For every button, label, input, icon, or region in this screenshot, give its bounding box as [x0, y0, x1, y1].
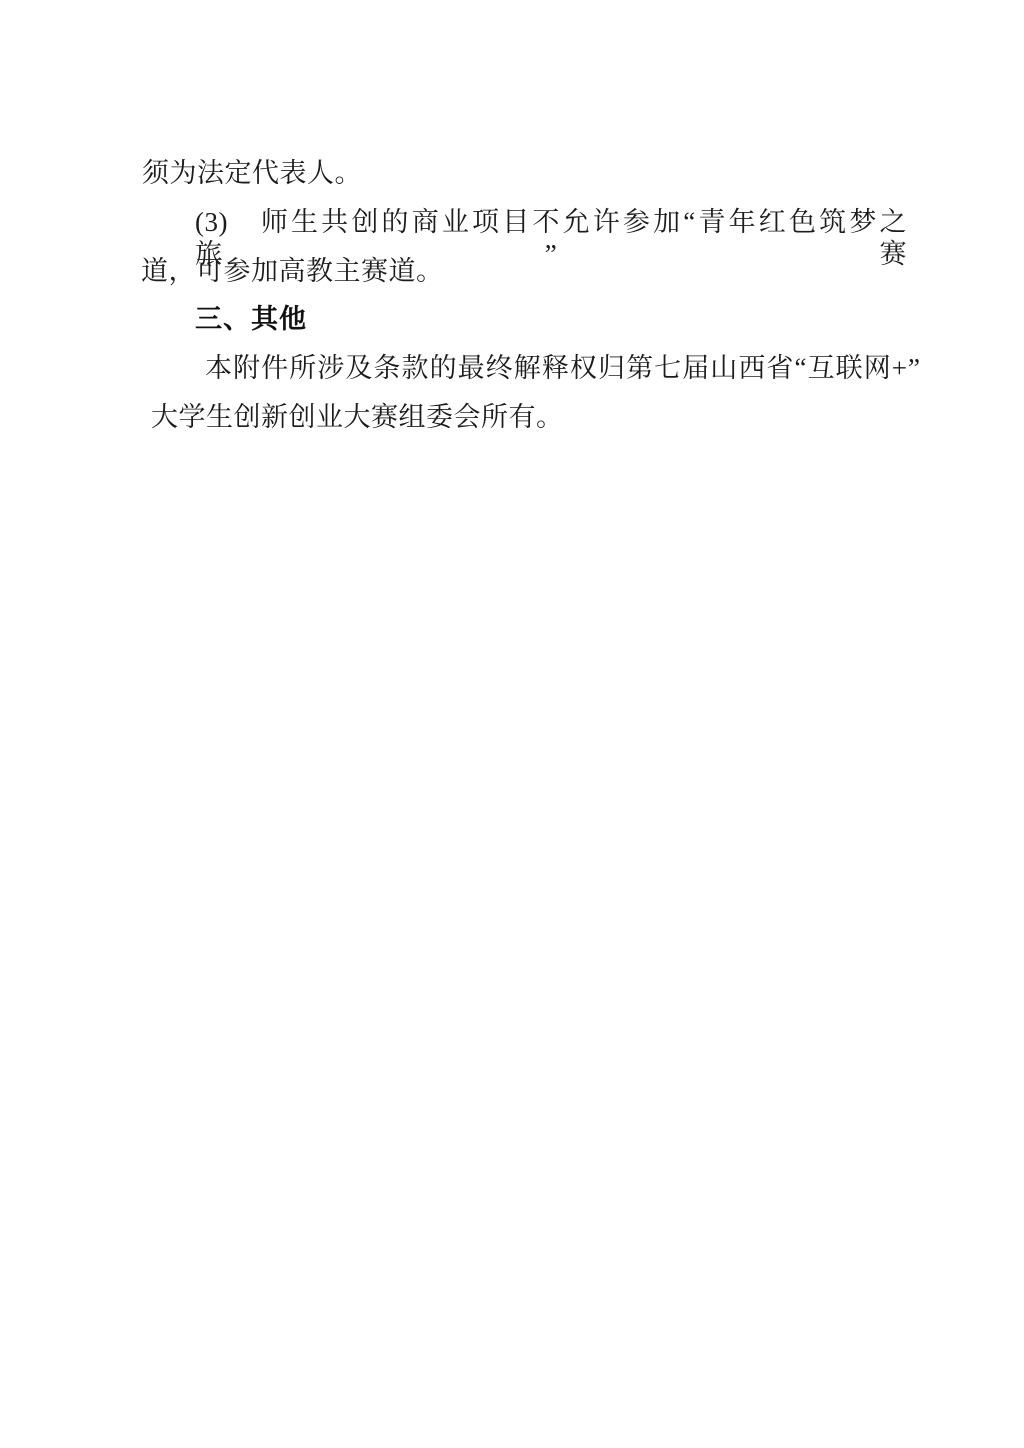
closing-paragraph-line-1: 本附件所涉及条款的最终解释权归第七届山西省“互联网+” — [205, 352, 921, 384]
paragraph-continuation-line: 须为法定代表人。 — [142, 157, 362, 189]
section-heading-other: 三、其他 — [195, 303, 307, 335]
document-page: 须为法定代表人。 (3) 师生共创的商业项目不允许参加“青年红色筑梦之旅”赛 道… — [0, 0, 1024, 1448]
closing-paragraph-line-2: 大学生创新创业大赛组委会所有。 — [151, 401, 564, 433]
item-3-line-2: 道，可参加高教主赛道。 — [141, 255, 444, 287]
